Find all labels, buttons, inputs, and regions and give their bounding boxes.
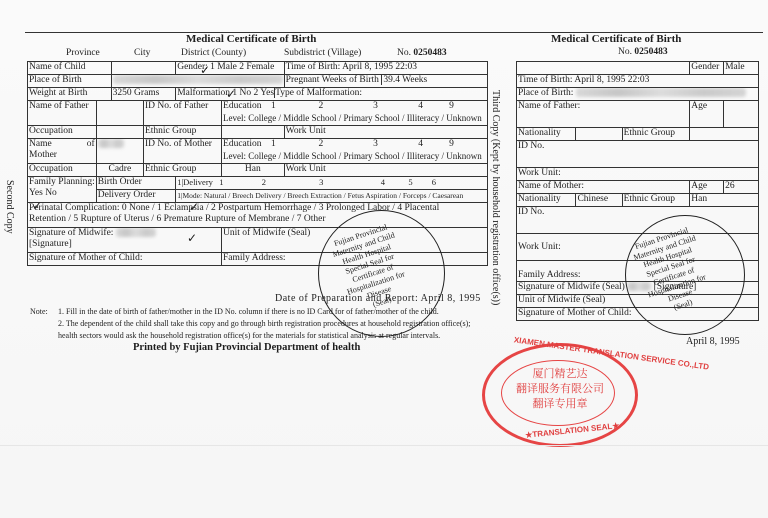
- document-page: Medical Certificate of Birth Province Ci…: [0, 0, 768, 518]
- delivery-codes: 1|Delivery 1 2 3 4 5 6: [176, 177, 488, 190]
- translation-seal-chinese: 厦门精艺达 翻译服务有限公司 翻译专用章: [485, 366, 635, 411]
- value-name-of-father: [96, 101, 143, 126]
- r-father-age-value: [724, 101, 759, 128]
- header-subdistrict: Subdistrict (Village): [284, 48, 361, 58]
- check-mark-yes: ✓: [32, 199, 42, 213]
- r-father-nationality-label: Nationality: [517, 128, 576, 141]
- header-province: Province: [66, 48, 100, 58]
- label-id-father: ID No. of Father: [143, 101, 221, 126]
- delivery-order-value: 1: [177, 191, 181, 200]
- row-place: Place of Birth Pregnant Weeks of Birth 3…: [28, 75, 488, 88]
- education-label: Education: [223, 101, 262, 111]
- r-row-time: Time of Birth: April 8, 1995 22:03: [517, 75, 759, 88]
- left-form-title: Medical Certificate of Birth: [186, 33, 316, 45]
- r-row-gender: Gender Male: [517, 62, 759, 75]
- r-place-label: Place of Birth:: [518, 88, 573, 98]
- r-father-ethnic-label: Ethnic Group: [622, 128, 690, 141]
- right-date: April 8, 1995: [686, 336, 740, 347]
- r-father-id: ID No.: [517, 141, 759, 168]
- right-no-label: No.: [618, 47, 632, 57]
- r-row-father-id: ID No.: [517, 141, 759, 168]
- pregnant-weeks: Pregnant Weeks of Birth 39.4 Weeks: [284, 75, 488, 88]
- label-delivery-order: Delivery Order: [96, 190, 175, 203]
- r-row-father: Name of Father: Age: [517, 101, 759, 128]
- perinatal-line-2: Retention / 5 Rupture of Uterus / 6 Prem…: [29, 214, 326, 224]
- pregnant-weeks-value: 39.4 Weeks: [381, 75, 427, 85]
- r-row-father-work: Work Unit:: [517, 168, 759, 181]
- right-form-title: Medical Certificate of Birth: [551, 33, 681, 45]
- r-mother-ethnic-value: Han: [690, 194, 759, 207]
- r-father-ethnic-value: [690, 128, 759, 141]
- no-value: 0250483: [413, 48, 446, 58]
- mother-of-word: of: [87, 139, 95, 150]
- mother-name-word: Name: [29, 139, 52, 149]
- label-father-occupation: Occupation: [28, 126, 97, 139]
- row-father-occupation: Occupation Ethnic Group Work Unit: [28, 126, 488, 139]
- seal-cn-line: 翻译服务有限公司: [485, 381, 635, 396]
- r-mother-age-value: 26: [724, 181, 759, 194]
- label-place-of-birth: Place of Birth: [28, 75, 112, 88]
- header-city: City: [134, 48, 150, 58]
- third-copy-label: Third Copy (Kept by household registrati…: [490, 90, 501, 305]
- redacted-place: [113, 75, 283, 84]
- mother-edu-levels: Level: College / Middle School / Primary…: [222, 151, 488, 164]
- row-delivery-order: Delivery Order 1|Mode: Natural / Breech …: [28, 190, 488, 203]
- birth-order-value: 1: [177, 177, 181, 187]
- label-name-of-mother: NameofMother: [28, 139, 97, 164]
- r-row-place: Place of Birth:: [517, 88, 759, 101]
- label-weight: Weight at Birth: [28, 88, 112, 101]
- value-name-of-child: [111, 62, 176, 75]
- row-family-planning: Family Planning:Yes No Birth Order 1|Del…: [28, 177, 488, 190]
- r-father-work-unit: Work Unit:: [517, 168, 759, 181]
- check-mark-male: ✓: [200, 63, 210, 77]
- seal-cn-line: 翻译专用章: [485, 396, 635, 411]
- check-mark-natural: ✓: [189, 200, 199, 214]
- row-father: Name of Father ID No. of Father Educatio…: [28, 101, 488, 114]
- check-mark-other: ✓: [187, 231, 197, 245]
- father-edu-levels: Level: College / Middle School / Primary…: [222, 113, 488, 126]
- value-father-ethnic: [222, 126, 285, 139]
- label-father-work-unit: Work Unit: [284, 126, 488, 139]
- malformation-type: Type of Malformation:: [274, 88, 362, 98]
- signature-midwife-label: Signature of Midwife:: [29, 228, 113, 238]
- right-no-value: 0250483: [634, 47, 667, 57]
- label-mother-occupation: Occupation: [28, 164, 97, 177]
- mother-education: Education 1 2 3 4 9: [222, 139, 488, 152]
- r-signature-midwife-label: Signature of Midwife (Seal): [518, 282, 625, 292]
- r-row-mother-nationality: Nationality Chinese Ethnic Group Han: [517, 194, 759, 207]
- family-planning-label: Family Planning:: [29, 177, 95, 187]
- value-name-of-mother: [96, 139, 143, 164]
- right-certificate-number: No. 0250483: [618, 47, 668, 57]
- delivery-mode: 1|Mode: Natural / Breech Delivery / Bree…: [176, 190, 488, 203]
- label-mother-ethnic: Ethnic Group: [143, 164, 221, 177]
- no-label: No.: [397, 48, 411, 58]
- value-mother-occupation: Cadre: [96, 164, 143, 177]
- education-label-mother: Education: [223, 139, 262, 149]
- translation-seal: XIAMEN MASTER TRANSLATION SERVICE CO.,LT…: [482, 343, 638, 447]
- label-name-of-child: Name of Child: [28, 62, 112, 75]
- r-place-of-birth: Place of Birth:: [517, 88, 759, 101]
- value-weight: 3250 Grams: [111, 88, 176, 101]
- r-mother-nationality-label: Nationality: [517, 194, 576, 207]
- scan-shadow-line: [0, 445, 768, 446]
- redacted-midwife: [116, 228, 156, 237]
- r-empty: [517, 62, 690, 75]
- r-father-nationality-value: [576, 128, 622, 141]
- label-father-ethnic: Ethnic Group: [143, 126, 221, 139]
- pregnant-weeks-label: Pregnant Weeks of Birth: [286, 75, 379, 85]
- delivery-mode-text: Mode: Natural / Breech Delivery / Breech…: [182, 191, 463, 200]
- r-time-of-birth: Time of Birth: April 8, 1995 22:03: [517, 75, 759, 88]
- header-district: District (County): [181, 48, 246, 58]
- label-name-of-father: Name of Father: [28, 101, 97, 126]
- time-of-birth: Time of Birth: April 8, 1995 22:03: [284, 62, 488, 75]
- label-mother-work-unit: Work Unit: [284, 164, 488, 177]
- note-3: health sectors would ask the household r…: [58, 330, 440, 341]
- r-gender-value: Male: [724, 62, 759, 75]
- row-mother-occupation: Occupation Cadre Ethnic Group Han Work U…: [28, 164, 488, 177]
- label-birth-order: Birth Order: [96, 177, 175, 190]
- note-2: 2. The dependent of the child shall take…: [58, 318, 470, 329]
- r-mother-age-label: Age: [690, 181, 724, 194]
- r-mother-ethnic-label: Ethnic Group: [622, 194, 690, 207]
- mother-word: Mother: [29, 150, 57, 160]
- row-mother: NameofMother ID No. of Mother Education …: [28, 139, 488, 152]
- note-label: Note:: [30, 306, 48, 317]
- r-name-of-mother: Name of Mother:: [517, 181, 690, 194]
- value-father-occupation: [96, 126, 143, 139]
- malformation: Malformation 1 No 2 YesType of Malformat…: [176, 88, 488, 101]
- redacted-mother-name: [98, 139, 124, 148]
- value-place-of-birth: [111, 75, 284, 88]
- r-gender-label: Gender: [690, 62, 724, 75]
- printed-by: Printed by Fujian Provincial Department …: [133, 342, 360, 353]
- father-education: Education 1 2 3 4 9: [222, 101, 488, 114]
- gender-cell: Gender: 1 Male 2 Female: [176, 62, 284, 75]
- signature-mother: Signature of Mother of Child:: [28, 253, 222, 266]
- seal-cn-line: 厦门精艺达: [485, 366, 635, 381]
- r-name-of-father: Name of Father:: [517, 101, 690, 128]
- r-redacted-place: [576, 88, 746, 97]
- r-father-age-label: Age: [690, 101, 724, 128]
- note-1: 1. Fill in the date of birth of father/m…: [58, 306, 439, 317]
- delivery-label: Delivery: [183, 177, 213, 187]
- signature-tag: [Signature]: [29, 239, 72, 249]
- second-copy-label: Second Copy: [4, 180, 15, 234]
- check-mark-no-malformation: ✓: [226, 87, 236, 101]
- hospital-seal-right-text: Fujian Provincial Maternity and Child He…: [629, 224, 715, 320]
- family-planning-value: Yes No: [29, 188, 57, 198]
- r-row-father-nationality: Nationality Ethnic Group: [517, 128, 759, 141]
- row-child: Name of Child Gender: 1 Male 2 Female Ti…: [28, 62, 488, 75]
- r-row-mother: Name of Mother: Age 26: [517, 181, 759, 194]
- date-of-report: Date of Preparation and Report: April 8,…: [275, 293, 481, 304]
- label-id-mother: ID No. of Mother: [143, 139, 221, 164]
- value-mother-ethnic: Han: [222, 164, 285, 177]
- hospital-seal-right: Fujian Provincial Maternity and Child He…: [625, 215, 745, 335]
- r-mother-nationality-value: Chinese: [576, 194, 622, 207]
- row-weight: Weight at Birth 3250 Grams Malformation …: [28, 88, 488, 101]
- certificate-number: No. 0250483: [397, 48, 447, 58]
